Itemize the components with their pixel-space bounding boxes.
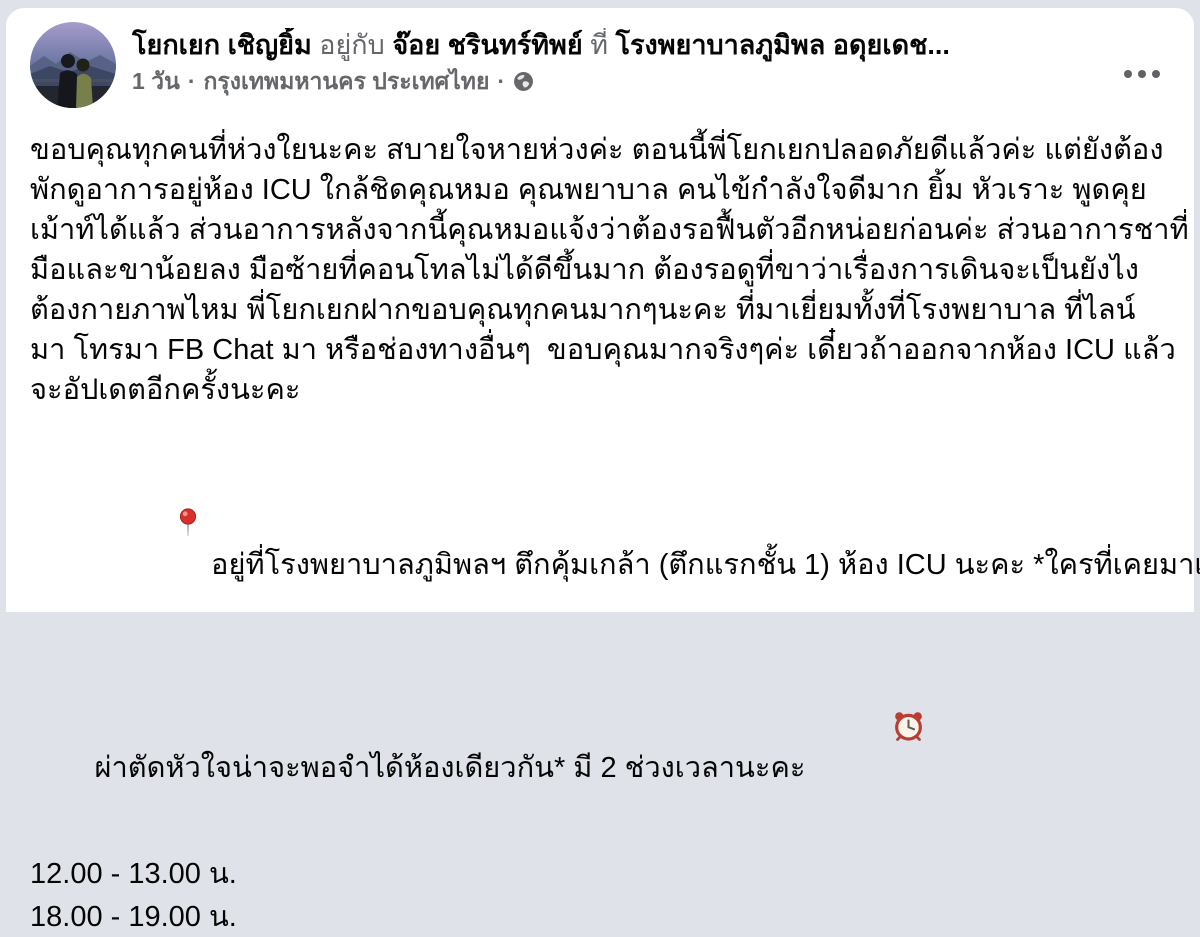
ellipsis-dot-icon [1152,70,1160,78]
post-byline: โยกเยก เชิญยิ้ม อยู่กับ จ๊อย ชรินทร์ทิพย… [132,28,950,62]
post-header-text: โยกเยก เชิญยิ้ม อยู่กับ จ๊อย ชรินทร์ทิพย… [132,22,950,108]
post-place[interactable]: กรุงเทพมหานคร ประเทศไทย [204,66,490,96]
ellipsis-dot-icon [1124,70,1132,78]
with-connector-text: อยู่กับ [319,30,385,60]
post-text-line: มา โทรมา FB Chat มา หรือช่องทางอื่นๆ ขอบ… [30,330,1170,370]
post-body: ขอบคุณทุกคนที่ห่วงใยนะคะ สบายใจหายห่วงค่… [30,130,1170,612]
facebook-post-card: โยกเยก เชิญยิ้ม อยู่กับ จ๊อย ชรินทร์ทิพย… [6,8,1194,612]
more-options-button[interactable] [1118,60,1166,88]
post-text-line: อยู่ที่โรงพยาบาลภูมิพลฯ ตึกคุ้มเกล้า (ตึ… [30,428,1170,612]
ellipsis-dot-icon [1138,70,1146,78]
post-meta: 1 วัน · กรุงเทพมหานคร ประเทศไทย · [132,66,950,96]
meta-separator: · [497,66,505,96]
post-text-line: ต้องกายภาพไหม พี่โยกเยกฝากขอบคุณทุกคนมาก… [30,290,1170,330]
post-timestamp[interactable]: 1 วัน [132,66,180,96]
tagged-person-name[interactable]: จ๊อย ชรินทร์ทิพย์ [392,30,582,60]
post-text-line: เม้าท์ได้แล้ว ส่วนอาการหลังจากนี้คุณหมอแ… [30,210,1170,250]
profile-photo-couple-at-dusk-icon [30,22,116,108]
location-note-text: อยู่ที่โรงพยาบาลภูมิพลฯ ตึกคุ้มเกล้า (ตึ… [211,549,1200,581]
post-text-line: พักดูอาการอยู่ห้อง ICU ใกล้ชิดคุณหมอ คุณ… [30,170,1170,210]
location-note-paragraph: อยู่ที่โรงพยาบาลภูมิพลฯ ตึกคุ้มเกล้า (ตึ… [30,428,1170,612]
post-text-line: ขอบคุณทุกคนที่ห่วงใยนะคะ สบายใจหายห่วงค่… [30,130,1170,170]
red-pushpin-icon [94,468,201,590]
avatar[interactable] [30,22,116,108]
globe-public-icon [513,71,534,92]
post-text-line: จะอัปเดตอีกครั้งนะคะ [30,370,1170,410]
post-text-line: มือและขาน้อยลง มือซ้ายที่คอนโทลไม่ได้ดีข… [30,250,1170,290]
meta-separator: · [188,66,196,96]
post-header: โยกเยก เชิญยิ้ม อยู่กับ จ๊อย ชรินทร์ทิพย… [30,22,1170,108]
location-link[interactable]: โรงพยาบาลภูมิพล อดุยเดช... [616,30,950,60]
author-name[interactable]: โยกเยก เชิญยิ้ม [132,30,312,60]
post-text-paragraph: ขอบคุณทุกคนที่ห่วงใยนะคะ สบายใจหายห่วงค่… [30,130,1170,410]
at-connector-text: ที่ [590,30,608,60]
